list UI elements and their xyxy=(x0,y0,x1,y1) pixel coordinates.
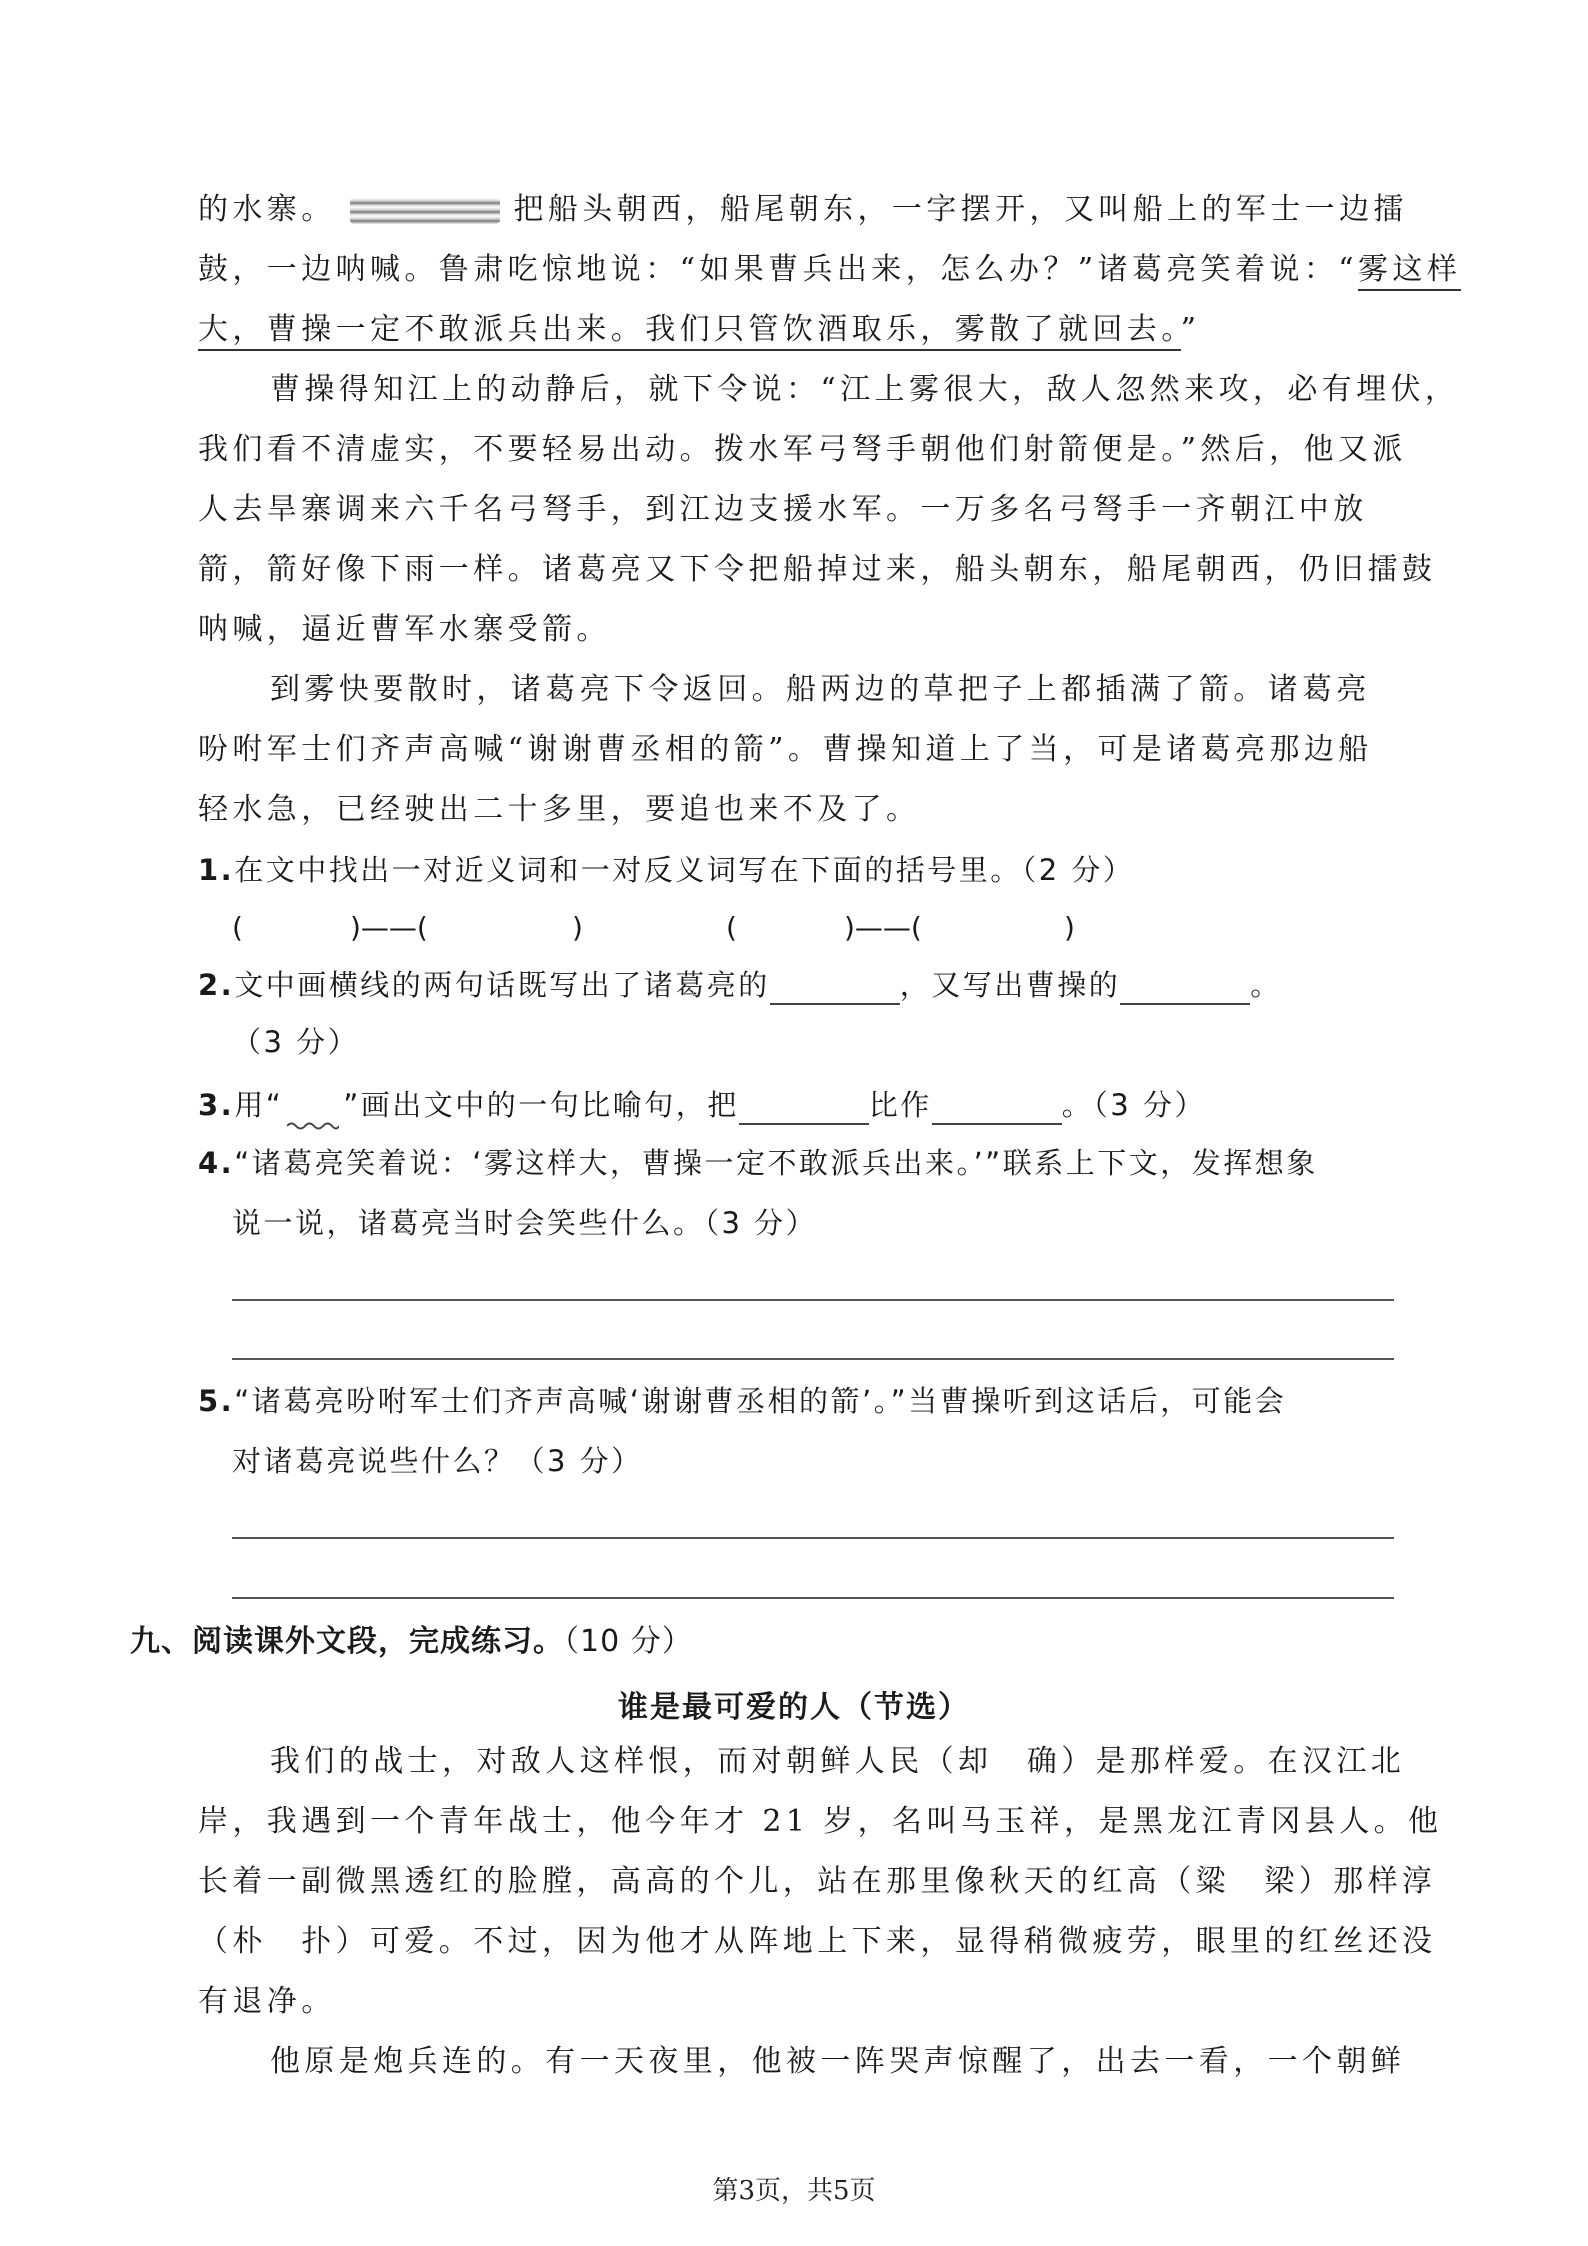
passage-title: 谁是最可爱的人（节选） xyxy=(0,1682,1588,1726)
passage-line: 的水寨。 把船头朝西，船尾朝东，一字摆开，又叫船上的军士一边擂 xyxy=(198,190,1393,230)
bracket-open[interactable]: ( xyxy=(726,908,737,948)
fill-blank[interactable] xyxy=(932,1093,1062,1125)
redacted-region xyxy=(350,198,500,224)
text-fragment: 的水寨。 xyxy=(198,192,336,227)
passage-line: 他原是炮兵连的。有一天夜里，他被一阵哭声惊醒了，出去一看，一个朝鲜 xyxy=(270,2042,1393,2082)
passage-line: 吩咐军士们齐声高喊“谢谢曹丞相的箭”。曹操知道上了当，可是诸葛亮那边船 xyxy=(198,730,1393,770)
question-4-cont: 说一说，诸葛亮当时会笑些什么。（3 分） xyxy=(232,1203,1427,1243)
passage-line: 轻水急，已经驶出二十多里，要追也来不及了。 xyxy=(198,790,1393,830)
underlined-sentence: 雾这样 xyxy=(1358,252,1461,291)
question-1: 1.在文中找出一对近义词和一对反义词写在下面的括号里。（2 分） xyxy=(198,850,1393,890)
fill-blank[interactable] xyxy=(739,1093,869,1125)
passage-line: 大，曹操一定不敢派兵出来。我们只管饮酒取乐，雾散了就回去。” xyxy=(198,310,1393,350)
question-number: 1. xyxy=(198,853,234,887)
question-5-cont: 对诸葛亮说些什么？（3 分） xyxy=(232,1441,1427,1481)
question-text: ”画出文中的一句比喻句，把 xyxy=(343,1088,739,1122)
question-5: 5.“诸葛亮吩咐军士们齐声高喊‘谢谢曹丞相的箭’。”当曹操听到这话后，可能会 xyxy=(198,1381,1393,1421)
question-number: 5. xyxy=(198,1384,234,1418)
section-points: （10 分） xyxy=(564,1624,693,1659)
exam-page: 的水寨。 把船头朝西，船尾朝东，一字摆开，又叫船上的军士一边擂 鼓，一边呐喊。鲁… xyxy=(0,0,1588,2246)
question-text: 在文中找出一对近义词和一对反义词写在下面的括号里。（2 分） xyxy=(234,853,1134,887)
question-text: “诸葛亮吩咐军士们齐声高喊‘谢谢曹丞相的箭’。”当曹操听到这话后，可能会 xyxy=(234,1384,1286,1418)
passage-line: 到雾快要散时，诸葛亮下令返回。船两边的草把子上都插满了箭。诸葛亮 xyxy=(270,670,1393,710)
question-4: 4.“诸葛亮笑着说：‘雾这样大，曹操一定不敢派兵出来。’”联系上下文，发挥想象 xyxy=(198,1143,1393,1183)
text-fragment: 鼓，一边呐喊。鲁肃吃惊地说：“如果曹兵出来，怎么办？”诸葛亮笑着说：“ xyxy=(198,252,1358,287)
section-heading: 九、阅读课外文段，完成练习。（10 分） xyxy=(130,1622,693,1662)
question-text: 。（3 分） xyxy=(1062,1088,1206,1122)
passage-line: 有退净。 xyxy=(198,1982,1393,2022)
answer-line[interactable] xyxy=(232,1537,1394,1539)
question-2-points: （3 分） xyxy=(232,1022,1427,1062)
passage-line: 呐喊，逼近曹军水寨受箭。 xyxy=(198,610,1393,650)
fill-blank[interactable] xyxy=(770,973,900,1005)
section-title: 九、阅读课外文段，完成练习。 xyxy=(130,1624,564,1659)
question-number: 3. xyxy=(198,1088,234,1122)
question-text: 比作 xyxy=(869,1088,932,1122)
passage-line: 我们看不清虚实，不要轻易出动。拨水军弓弩手朝他们射箭便是。”然后，他又派 xyxy=(198,430,1393,470)
text-fragment: 把船头朝西，船尾朝东，一字摆开，又叫船上的军士一边擂 xyxy=(513,192,1407,227)
passage-line: 岸，我遇到一个青年战士，他今年才 21 岁，名叫马玉祥，是黑龙江青冈县人。他 xyxy=(198,1802,1393,1842)
question-2: 2.文中画横线的两句话既写出了诸葛亮的，又写出曹操的。 xyxy=(198,965,1393,1005)
answer-line[interactable] xyxy=(232,1299,1394,1301)
passage-line: 人去旱寨调来六千名弓弩手，到江边支援水军。一万多名弓弩手一齐朝江中放 xyxy=(198,490,1393,530)
question-number: 4. xyxy=(198,1146,234,1180)
question-3: 3.用“”画出文中的一句比喻句，把比作。（3 分） xyxy=(198,1085,1393,1125)
question-text: 文中画横线的两句话既写出了诸葛亮的 xyxy=(234,968,770,1002)
wavy-underline-icon xyxy=(283,1095,343,1125)
question-text: 。 xyxy=(1250,968,1282,1002)
bracket-open[interactable]: ( xyxy=(232,908,243,948)
page-number: 第3页，共5页 xyxy=(0,2170,1588,2207)
bracket-synonym[interactable]: )——( xyxy=(350,908,428,948)
passage-line: （朴 扑）可爱。不过，因为他才从阵地上下来，显得稍微疲劳，眼里的红丝还没 xyxy=(198,1922,1393,1962)
passage-line: 箭，箭好像下雨一样。诸葛亮又下令把船掉过来，船头朝东，船尾朝西，仍旧擂鼓 xyxy=(198,550,1393,590)
question-text: ，又写出曹操的 xyxy=(900,968,1121,1002)
bracket-close[interactable]: ) xyxy=(572,908,583,948)
question-text: 用“ xyxy=(234,1088,283,1122)
bracket-antonym[interactable]: )——( xyxy=(844,908,922,948)
question-text: “诸葛亮笑着说：‘雾这样大，曹操一定不敢派兵出来。’”联系上下文，发挥想象 xyxy=(234,1146,1318,1180)
answer-line[interactable] xyxy=(232,1597,1394,1599)
bracket-close[interactable]: ) xyxy=(1064,908,1075,948)
fill-blank[interactable] xyxy=(1120,973,1250,1005)
underlined-sentence: 大，曹操一定不敢派兵出来。我们只管饮酒取乐，雾散了就回去。 xyxy=(198,312,1181,351)
passage-line: 鼓，一边呐喊。鲁肃吃惊地说：“如果曹兵出来，怎么办？”诸葛亮笑着说：“雾这样 xyxy=(198,250,1393,290)
answer-line[interactable] xyxy=(232,1358,1394,1360)
question-number: 2. xyxy=(198,968,234,1002)
passage-line: 我们的战士，对敌人这样恨，而对朝鲜人民（却 确）是那样爱。在汉江北 xyxy=(270,1742,1393,1782)
text-fragment: ” xyxy=(1181,312,1201,347)
passage-line: 曹操得知江上的动静后，就下令说：“江上雾很大，敌人忽然来攻，必有埋伏， xyxy=(270,370,1393,410)
passage-line: 长着一副微黑透红的脸膛，高高的个儿，站在那里像秋天的红高（粱 梁）那样淳 xyxy=(198,1862,1393,1902)
